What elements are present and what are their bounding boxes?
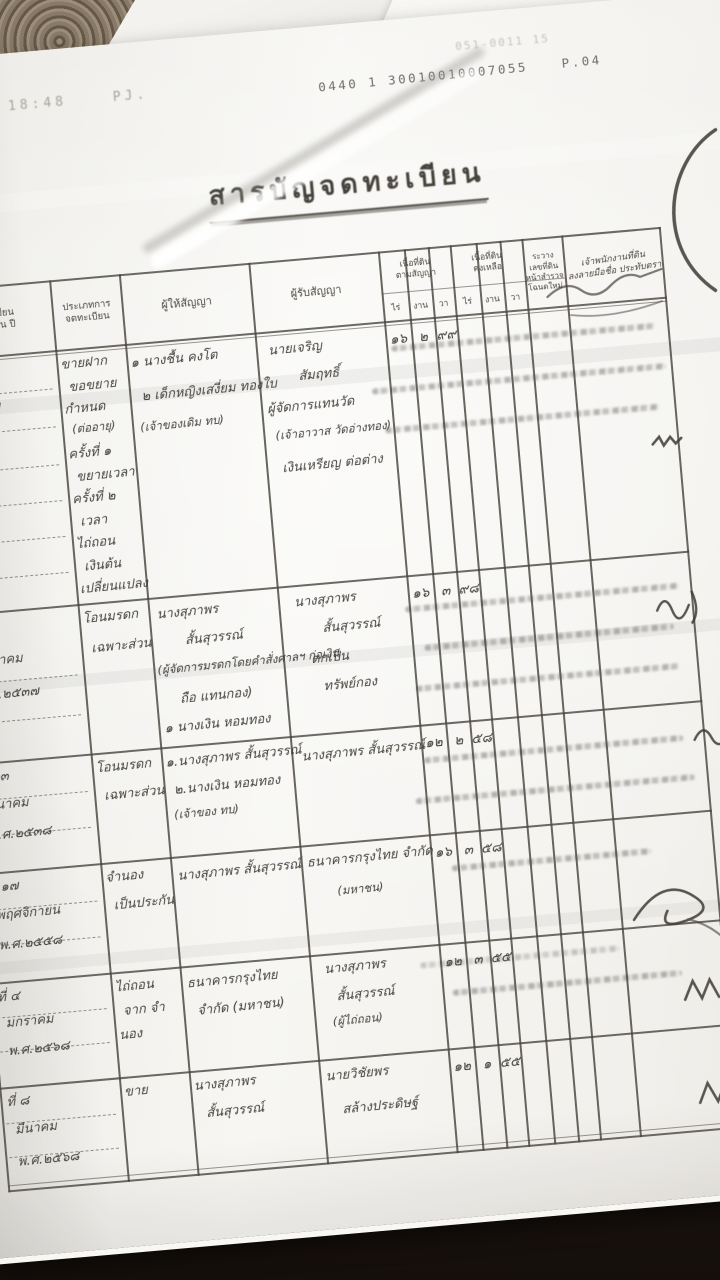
table-rule [8, 1121, 720, 1186]
unit-ngan: งาน [408, 297, 433, 313]
handwritten-text: (ผู้ไถ่ถอน) [332, 1009, 384, 1032]
handwritten-text: ขยายเวลา [75, 460, 135, 487]
dashed-rule [0, 572, 69, 583]
pen-curve-mark [667, 130, 720, 294]
handwritten-text: (มหาชน) [337, 878, 385, 900]
unit-wa: วา [504, 289, 527, 305]
faint-handwriting [452, 970, 682, 996]
handwritten-text: ๒.นางเงิน หอมทอง [173, 769, 281, 800]
handwritten-text: สั้นสุวรรณ์ [205, 1097, 265, 1124]
handwritten-text: ๑ นางชื้น คงโต [130, 344, 219, 373]
area-numeral: ๑ [474, 1051, 500, 1075]
handwritten-text: นางสุภาพร [293, 586, 357, 613]
fax-page-right: P.04 [561, 52, 602, 71]
handwritten-text: นางสุภาพร สั้นสุวรรณ์ [301, 734, 427, 767]
table-rule [8, 1126, 720, 1192]
handwritten-text: นายวิชัยพร [324, 1060, 389, 1087]
unit-rai: ไร่ [382, 299, 409, 315]
table-rule [659, 227, 720, 1129]
registration-table: จดทะเบียน วัน เดือน ปี ประเภทการ จดทะเบี… [0, 227, 720, 1193]
unit-ngan: งาน [480, 291, 505, 307]
dashed-rule [0, 536, 66, 547]
handwritten-text: (เจ้าของเดิม ทบ) [139, 411, 224, 437]
handwritten-text: ไถ่ถอน [114, 973, 155, 998]
handwritten-text: ที่ ๑๗ [0, 874, 19, 898]
faint-handwriting [416, 663, 681, 692]
area-numeral: ๓ [433, 578, 459, 602]
handwritten-text: ครั้งที่ ๑ [67, 439, 112, 464]
handwritten-text: นายเจริญ [267, 335, 323, 361]
area-numeral: ๑๒ [448, 1053, 476, 1077]
handwritten-text: นอง [118, 1022, 143, 1045]
fax-page-left: PJ. [112, 87, 149, 105]
handwritten-text: ๑ นางเงิน หอมทอง [164, 707, 272, 738]
handwritten-text: นางสุภาพร [193, 1069, 257, 1096]
handwritten-text: เป็นประกัน [113, 889, 175, 916]
dashed-rule [0, 500, 62, 511]
handwritten-text: จำกัด (มหาชน) [196, 991, 285, 1020]
header-area-remain: เนื้อที่ดิน คงเหลือ [450, 239, 525, 287]
handwritten-text: ธันวาคม [0, 647, 24, 673]
header-official: เจ้าพนักงานที่ดิน ลงลายมือชื่อ ประทับตรา [560, 225, 669, 308]
dashed-rule [0, 464, 59, 475]
handwritten-text: ขายฝาก [59, 349, 107, 374]
area-numeral: ๒ [446, 727, 472, 751]
area-numeral: ๓ [455, 837, 481, 861]
handwritten-text: (เจ้าของ ทบ) [173, 801, 239, 825]
handwritten-text: มกราคม [5, 1008, 55, 1034]
handwritten-text: เงินเหรียญ ต่อต่าง [281, 448, 383, 479]
handwritten-text: เวลา [79, 508, 108, 532]
handwritten-text: สั้นสุวรรณ์ [184, 624, 244, 651]
header-type: ประเภทการ จดทะเบียน [49, 274, 125, 350]
handwritten-text: พ.ศ.๒๕๖๘ [7, 1034, 71, 1061]
fax-timestamp: 013 18:48PJ. [0, 87, 149, 118]
handwritten-text: ขอขยาย [67, 371, 117, 397]
handwritten-text: ๑.นางสุภาพร สั้นสุวรรณ์ [165, 739, 303, 773]
handwritten-text: มีนาคม [0, 791, 29, 816]
handwritten-text: ๒ เด็กหญิงเสงี่ยม ทองใบ [141, 372, 278, 406]
dashed-rule [0, 714, 81, 725]
handwritten-text: จำนอง [104, 863, 144, 888]
handwritten-text: โอนมรดก [95, 752, 152, 778]
handwritten-text: กำหนด [63, 395, 106, 420]
handwritten-text: โอนมรดก [82, 603, 139, 629]
area-numeral: ๙๘ [457, 576, 481, 600]
document-page: 013 18:48PJ. 051-0011 15 0440 1 30010010… [0, 0, 720, 1264]
handwritten-text: นางสุภาพร [323, 952, 387, 979]
handwritten-text: นางสุภาพร สั้นสุวรรณ์ [176, 853, 302, 886]
handwritten-text: ขาย [123, 1079, 149, 1102]
handwritten-text: นางสุภาพร [156, 598, 220, 625]
handwritten-text: พ.ศ.๒๕๓๘ [0, 819, 52, 846]
area-numeral: ๑๖ [429, 839, 457, 863]
unit-wa: วา [432, 295, 455, 311]
handwritten-text: สั้นสุวรรณ์ [336, 980, 396, 1007]
handwritten-text: พ.ศ.๒๕๓๗ [0, 680, 40, 707]
handwritten-text: ที่ ๓๓ [0, 765, 10, 789]
handwritten-text: เฉพาะส่วน [103, 779, 165, 806]
unit-rai: ไร่ [454, 293, 481, 309]
area-numeral: ๑๒ [420, 730, 448, 754]
handwritten-text: ทรัพย์กอง [322, 670, 378, 696]
handwritten-text: จาก จำ [122, 996, 166, 1021]
dashed-rule [0, 426, 56, 437]
header-date: จดทะเบียน วัน เดือน ปี [0, 280, 55, 360]
area-numeral: ๑๖ [407, 580, 435, 604]
handwritten-text: ตกเป็น [310, 645, 350, 670]
area-numeral: ๕๕ [498, 1049, 522, 1073]
handwritten-text: สั้นสุวรรณ์ [321, 612, 381, 639]
handwritten-text: สัมฤทธิ์ [297, 361, 340, 386]
handwritten-text: สล้างประดิษฐ์ [341, 1091, 419, 1119]
handwritten-text: ที่ ๘ [6, 1089, 31, 1112]
fax-slip-note: 051-0011 15 [455, 32, 551, 53]
handwritten-text: ธันวาคม [0, 395, 2, 421]
handwritten-text: ธนาคารกรุงไทย [186, 964, 279, 994]
area-numeral: ๕๘ [470, 726, 494, 750]
handwritten-text: ผู้จัดการแทนวัด [266, 390, 355, 419]
handwritten-text: ไถ่ถอน [75, 530, 116, 555]
handwritten-text: ที่ ๔ [0, 985, 21, 1008]
handwritten-text: (ต่ออายุ) [71, 416, 116, 438]
handwritten-text: พ.ศ.๒๕๖๘ [17, 1145, 81, 1172]
photo-scene: 013 18:48PJ. 051-0011 15 0440 1 30010010… [0, 0, 720, 1280]
handwritten-text: ถือ แทนกอง) [179, 681, 253, 709]
handwritten-text: พฤศจิกายน [0, 899, 61, 926]
handwritten-text: เฉพาะส่วน [90, 632, 152, 659]
faint-handwriting [416, 774, 695, 804]
faint-handwriting [385, 404, 659, 434]
handwritten-text: เงินต้น [83, 552, 122, 577]
header-area-contract: เนื้อที่ดิน ตามสัญญา [378, 245, 453, 293]
area-numeral: ๕๘ [479, 835, 503, 859]
handwritten-text: ครั้งที่ ๒ [71, 484, 116, 509]
handwritten-text: มีนาคม [14, 1115, 58, 1140]
header-grantee: ผู้รับสัญญา [248, 252, 384, 333]
fax-time-text: 013 18:48 [0, 94, 68, 118]
dashed-rule [0, 389, 53, 400]
handwritten-text: (เจ้าอาวาส วัดอ่างทอง) [275, 417, 392, 446]
handwritten-text: พ.ศ.๒๕๕๘ [0, 929, 63, 956]
header-grantor: ผู้ให้สัญญา [119, 263, 255, 344]
